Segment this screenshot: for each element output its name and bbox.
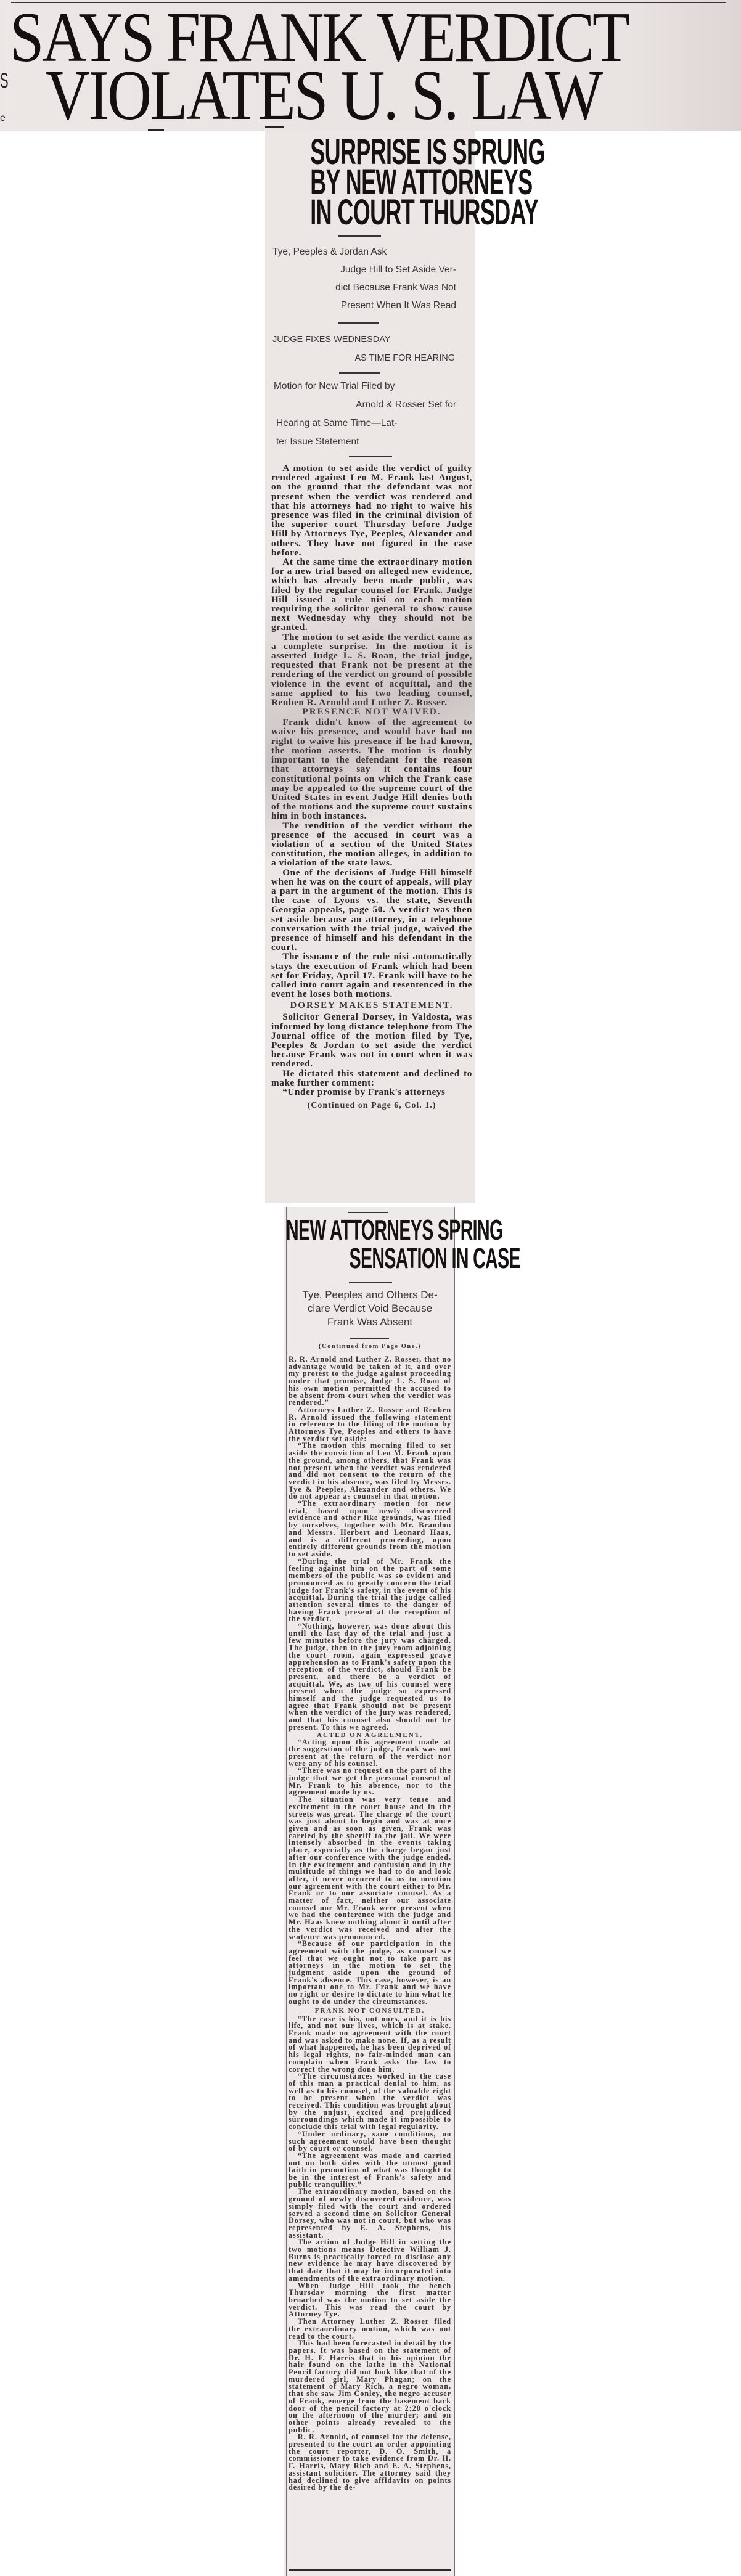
adjacent-column-fragment: e xyxy=(0,113,6,124)
deck-line: Tye, Peeples & Jordan Ask xyxy=(271,243,456,261)
banner-headline-clipping: S e SAYS FRANK VERDICT VIOLATES U. S. LA… xyxy=(0,0,741,131)
article-body: R. R. Arnold and Luther Z. Rosser, that … xyxy=(289,1356,451,2492)
article-headline: NEW ATTORNEYS SPRING SENSATION IN CASE xyxy=(286,1216,452,1272)
deck-line: Motion for New Trial Filed by xyxy=(274,377,456,396)
paragraph: “Nothing, however, was done about this u… xyxy=(289,1623,451,1732)
paragraph: The extraordinary motion, based on the g… xyxy=(289,2188,451,2239)
paragraph: “The agreement was made and carried out … xyxy=(289,2153,451,2189)
banner-headline-line-2: VIOLATES U. S. LAW xyxy=(46,62,602,129)
paragraph: The issuance of the rule nisi automatica… xyxy=(271,952,472,999)
deck-line: Tye, Peeples and Others De- xyxy=(287,1288,452,1302)
paragraph: “The case is his, not ours, and it is hi… xyxy=(289,2016,451,2074)
separator-rule xyxy=(339,372,380,374)
paragraph: One of the decisions of Judge Hill himse… xyxy=(271,868,472,952)
separator-rule xyxy=(348,1212,388,1213)
paragraph: He dictated this statement and declined … xyxy=(271,1069,472,1087)
paragraph: R. R. Arnold and Luther Z. Rosser, that … xyxy=(289,1356,451,1407)
paragraph: R. R. Arnold, of counsel for the defense… xyxy=(289,2434,451,2492)
column-rule xyxy=(454,1207,455,2576)
subheading: DORSEY MAKES STATEMENT. xyxy=(271,999,472,1012)
deck-line: Judge Hill to Set Aside Ver- xyxy=(271,261,456,279)
bottom-rule xyxy=(289,2569,451,2571)
paragraph: At the same time the extraordinary motio… xyxy=(271,557,472,632)
paragraph: “Acting upon this agreement made at the … xyxy=(289,1739,451,1768)
paragraph: When Judge Hill took the bench Thursday … xyxy=(289,2283,451,2319)
deck-line: clare Verdict Void Because xyxy=(287,1302,452,1315)
paragraph: The motion to set aside the verdict came… xyxy=(271,632,472,708)
headline-line: IN COURT THURSDAY xyxy=(310,197,429,227)
paragraph: A motion to set aside the verdict of gui… xyxy=(271,464,472,557)
adjacent-column-fragment: S xyxy=(0,69,9,93)
paragraph: “The extraordinary motion for new trial,… xyxy=(289,1500,451,1558)
article-headline: SURPRISE IS SPRUNG BY NEW ATTORNEYS IN C… xyxy=(274,137,466,227)
separator-rule xyxy=(349,456,392,457)
article-body: A motion to set aside the verdict of gui… xyxy=(271,464,472,1115)
paragraph: “The motion this morning filed to set as… xyxy=(289,1442,451,1500)
paragraph: This had been forecasted in detail by th… xyxy=(289,2340,451,2434)
jump-line: (Continued on Page 6, Col. 1.) xyxy=(271,1097,472,1115)
column-rule xyxy=(269,131,269,1203)
column-rule xyxy=(286,1207,287,2576)
continued-from-line: (Continued from Page One.) xyxy=(287,1343,452,1351)
headline-line: SENSATION IN CASE xyxy=(350,1244,452,1272)
paragraph: “During the trial of Mr. Frank the feeli… xyxy=(289,1558,451,1623)
paragraph: Solicitor General Dorsey, in Valdosta, w… xyxy=(271,1012,472,1068)
deck-line: AS TIME FOR HEARING xyxy=(272,349,455,367)
paragraph: The situation was very tense and excitem… xyxy=(289,1796,451,1940)
article-front-page-clipping: SURPRISE IS SPRUNG BY NEW ATTORNEYS IN C… xyxy=(265,131,475,1203)
deck-line: Frank Was Absent xyxy=(287,1315,452,1329)
separator-rule xyxy=(287,1354,452,1354)
deck-line: Hearing at Same Time—Lat- xyxy=(274,414,456,433)
separator-rule xyxy=(338,322,379,324)
paragraph: “Because of our participation in the agr… xyxy=(289,1940,451,2005)
article-deck-2: JUDGE FIXES WEDNESDAY AS TIME FOR HEARIN… xyxy=(272,330,455,367)
rule-mark xyxy=(265,126,284,128)
separator-rule xyxy=(349,1282,392,1283)
paragraph: Attorneys Luther Z. Rosser and Reuben R.… xyxy=(289,1407,451,1443)
deck-line: ter Issue Statement xyxy=(274,433,456,451)
paragraph: “The circumstances worked in the case of… xyxy=(289,2073,451,2131)
article-deck-1: Tye, Peeples & Jordan Ask Judge Hill to … xyxy=(271,243,456,314)
paragraph: Then Attorney Luther Z. Rosser filed the… xyxy=(289,2318,451,2340)
paragraph: “There was no request on the part of the… xyxy=(289,1767,451,1796)
paragraph: The rendition of the verdict without the… xyxy=(271,821,472,868)
deck-line: Present When It Was Read xyxy=(271,296,456,314)
column-rule xyxy=(9,5,9,128)
article-deck: Tye, Peeples and Others De- clare Verdic… xyxy=(287,1288,452,1329)
paragraph: “Under ordinary, sane conditions, no suc… xyxy=(289,2131,451,2153)
paragraph: “Under promise by Frank's attorneys xyxy=(271,1087,472,1097)
deck-line: dict Because Frank Was Not xyxy=(271,279,456,296)
article-deck-3: Motion for New Trial Filed by Arnold & R… xyxy=(274,377,456,451)
headline-line: NEW ATTORNEYS SPRING xyxy=(286,1216,389,1244)
deck-line: Arnold & Rosser Set for xyxy=(274,396,456,414)
rule-mark xyxy=(148,129,164,131)
paragraph: Frank didn't know of the agreement to wa… xyxy=(271,718,472,820)
deck-line: JUDGE FIXES WEDNESDAY xyxy=(272,330,455,349)
subheading: PRESENCE NOT WAIVED. xyxy=(271,707,472,718)
separator-rule xyxy=(350,1338,389,1339)
separator-rule xyxy=(338,235,381,237)
article-continuation-clipping: NEW ATTORNEYS SPRING SENSATION IN CASE T… xyxy=(284,1207,455,2576)
paragraph: The action of Judge Hill in setting the … xyxy=(289,2239,451,2282)
